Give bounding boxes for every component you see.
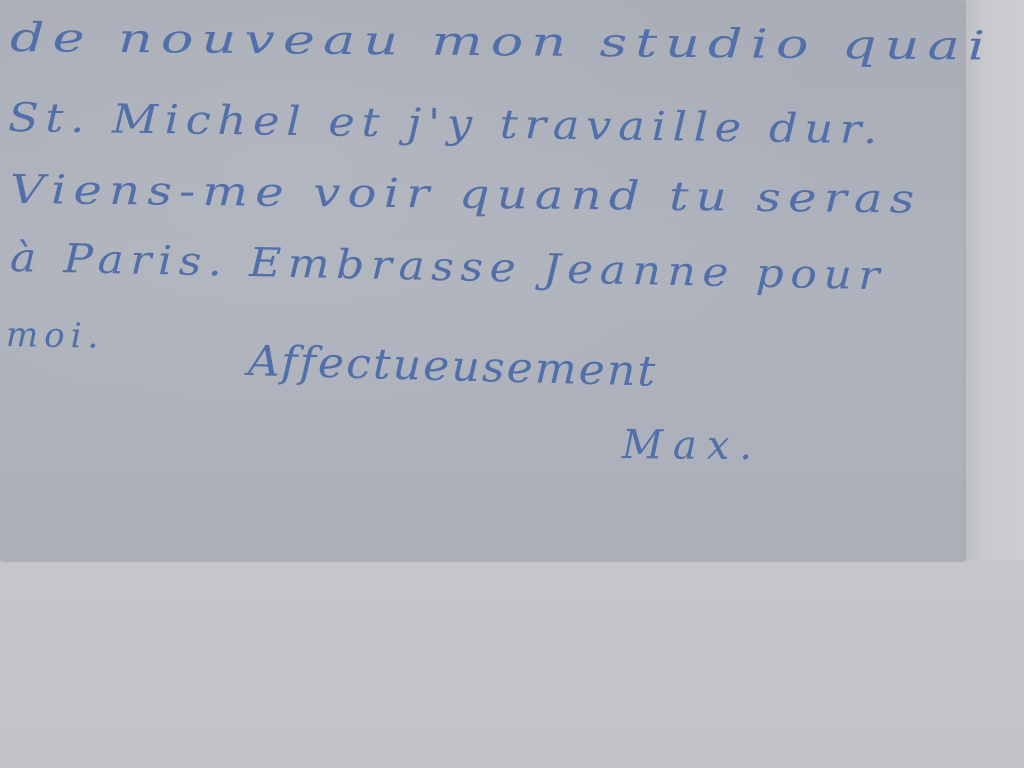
mat-edge (964, 0, 1024, 560)
letter-line-1: de nouveau mon studio quai (10, 18, 993, 67)
letter-line-5: moi. (6, 318, 105, 354)
photo-background: de nouveau mon studio quai St. Michel et… (0, 0, 1024, 768)
letter-line-2: St. Michel et j'y travaille dur. (8, 98, 885, 150)
letter-signature: Max. (622, 425, 762, 466)
letter-paper: de nouveau mon studio quai St. Michel et… (0, 0, 964, 560)
letter-line-4: à Paris. Embrasse Jeanne pour (10, 238, 887, 296)
letter-line-3: Viens-me voir quand tu seras (10, 170, 922, 220)
letter-closing: Affectueusement (247, 340, 657, 393)
